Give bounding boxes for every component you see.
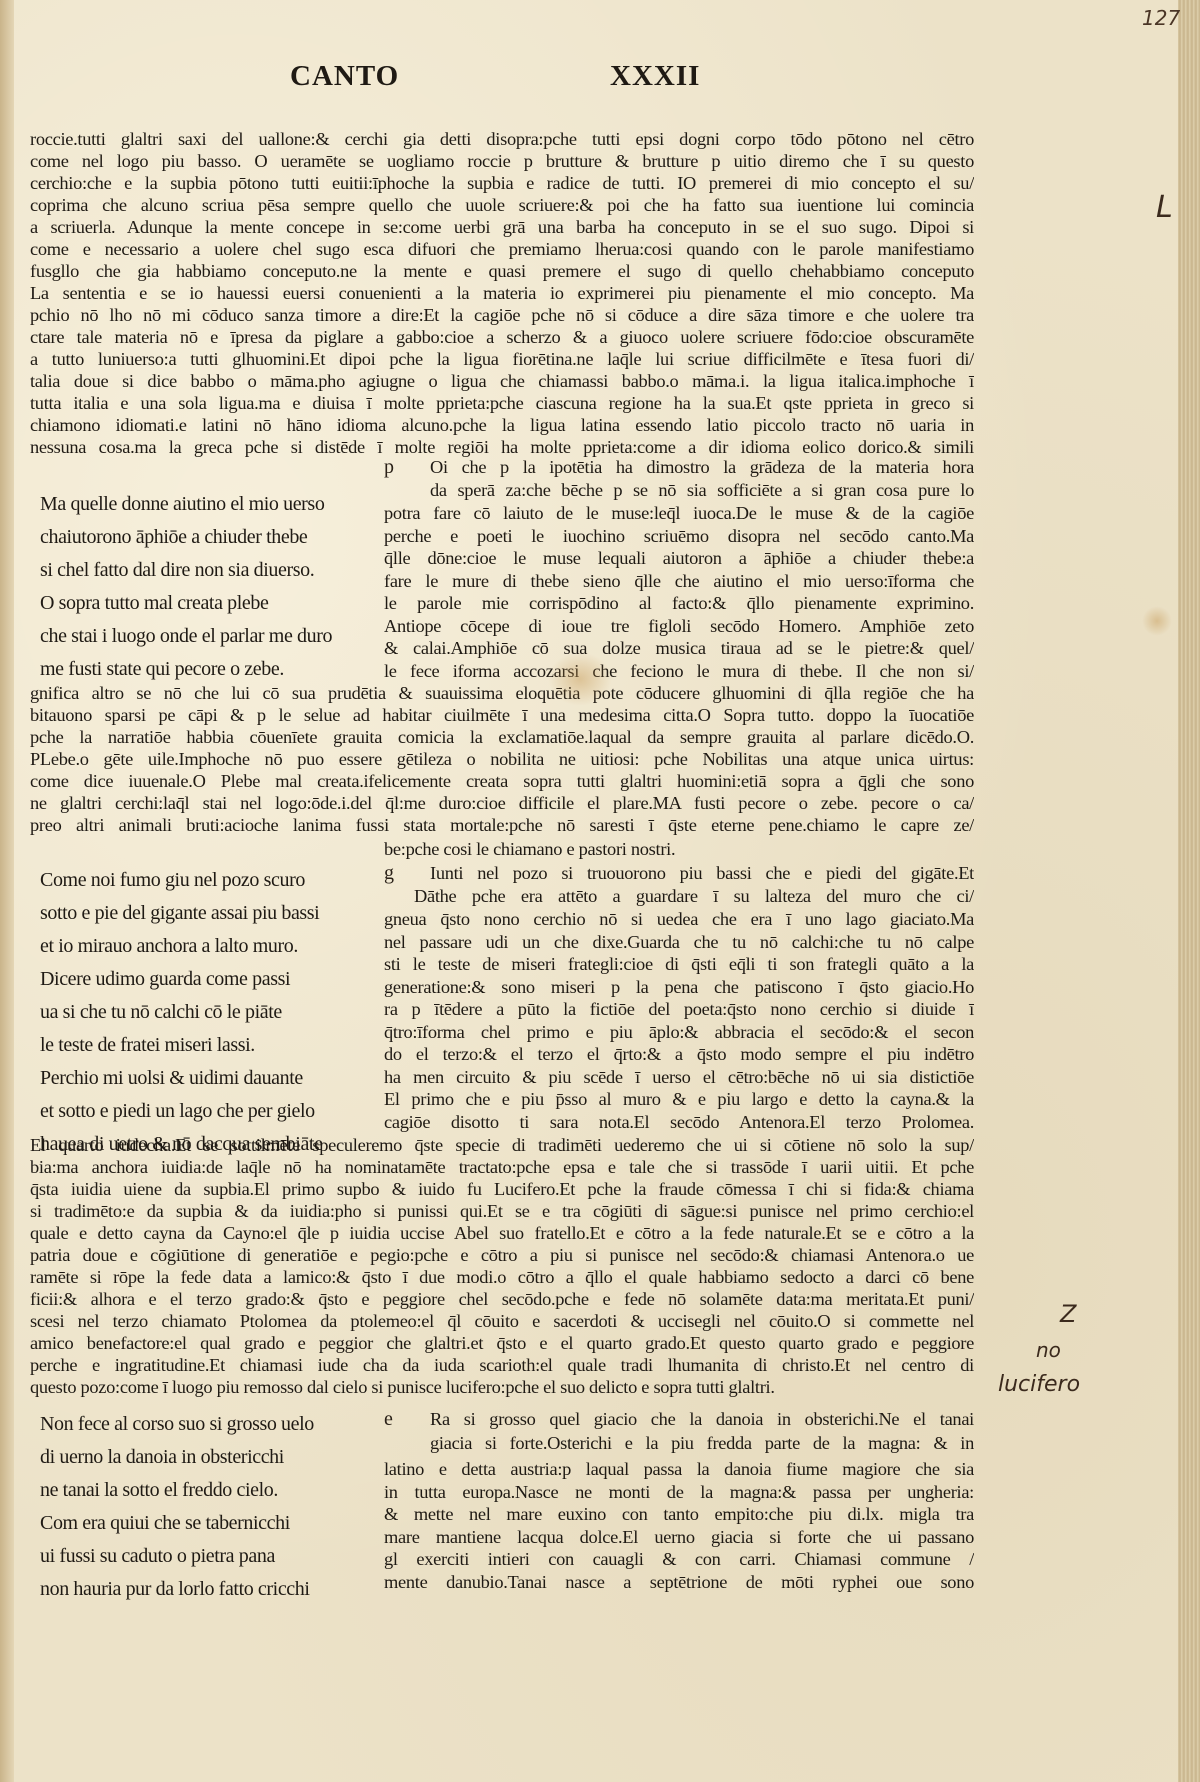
- text-line: da sperā za:che bēche p se nō sia soffic…: [430, 479, 974, 502]
- text-line: gl exerciti intieri con cauagli & con ca…: [384, 1548, 974, 1571]
- text-line: gnifica altro se nō che lui cō sua prudē…: [30, 682, 974, 704]
- commentary-block-section-2: gneua q̄sto nono cerchio nō si uedea che…: [384, 908, 974, 1133]
- text-line: si tradimēto:e da supbia & da iuidia:pho…: [30, 1200, 974, 1222]
- text-line: a scriuerla. Adunque la mente concepe in…: [30, 216, 974, 238]
- text-line: bitauono sparsi pe cāpi & p le selue ad …: [30, 704, 974, 726]
- text-line: fusgllo che gia habbiamo conceputo.ne la…: [30, 260, 974, 282]
- text-line: in tutta europa.Nasce ne monti de la mag…: [384, 1481, 974, 1504]
- commentary-first-line-1: Oi che p la ipotētia ha dimostro la grād…: [430, 456, 974, 479]
- marginal-mark: L: [1156, 190, 1173, 225]
- text-line: talia doue si dice babbo o māma.pho agiu…: [30, 370, 974, 392]
- text-line: ficii:& alhora e el terzo grado:& q̄sto …: [30, 1288, 974, 1310]
- text-line: come dice iuuenale.O Plebe mal creata.if…: [30, 770, 974, 792]
- text-line: ne glaltri cerchi:laq̄l stai nel logo:ōd…: [30, 792, 974, 814]
- text-line: sti le teste de miseri frategli:cioe di …: [384, 953, 974, 976]
- text-line: giacia si forte.Osterichi e la piu fredd…: [430, 1432, 974, 1455]
- verse-tercets-2: Come noi fumo giu nel pozo scuro sotto e…: [40, 864, 380, 1161]
- text-line: generatione:& sono miseri p la pena che …: [384, 976, 974, 999]
- text-line: Ra si grosso quel giacio che la danoia i…: [430, 1408, 974, 1431]
- text-line: La sententia e se io hauessi euersi conu…: [30, 282, 974, 304]
- text-line: Oi che p la ipotētia ha dimostro la grād…: [430, 456, 974, 479]
- text-line: a tutto luniuerso:a tutti glhuomini.Et d…: [30, 348, 974, 370]
- text-line: nessuna cosa.ma la greca pche si distēde…: [30, 436, 974, 458]
- text-line: chiamono idiomati.e latini nō hāno idiom…: [30, 414, 974, 436]
- text-line: do el terzo:& el terzo el q̄rto:& a q̄st…: [384, 1043, 974, 1066]
- foxing-stain: [548, 652, 612, 706]
- marginal-note-no: no: [1036, 1338, 1061, 1362]
- verse-line: di uerno la danoia in obstericchi: [40, 1441, 380, 1474]
- verse-line: et io mirauo anchora a lalto muro.: [40, 930, 380, 963]
- verse-line: ui fussi su caduto o pietra pana: [40, 1540, 380, 1573]
- text-line: q̄tro:īforma chel primo e piu āplo:& abb…: [384, 1021, 974, 1044]
- verse-line: ua si che tu nō calchi cō le piāte: [40, 996, 380, 1029]
- text-line: le fece iforma accozarsi che feciono le …: [384, 660, 974, 683]
- text-line: quale e detto cayna da Cayno:el q̄le p i…: [30, 1222, 974, 1244]
- verse-tercets-3: Non fece al corso suo si grosso uelo di …: [40, 1408, 380, 1606]
- text-line: le parole mie corrispōdino al facto:& q̄…: [384, 592, 974, 615]
- text-line: ra p ītēdere a pūto la fictiōe del poeta…: [384, 998, 974, 1021]
- commentary-block-1: roccie.tutti glaltri saxi del uallone:& …: [30, 128, 974, 458]
- text-line: preo altri animali bruti:acioche lanima …: [30, 814, 974, 836]
- text-line: questo pozo:come ī luogo piu remosso dal…: [30, 1376, 974, 1398]
- verse-line: non hauria pur da lorlo fatto cricchi: [40, 1573, 380, 1606]
- commentary-second-line-1: da sperā za:che bēche p se nō sia soffic…: [430, 479, 974, 502]
- marginal-note-lucifero: lucifero: [998, 1372, 1080, 1397]
- commentary-second-line-3: giacia si forte.Osterichi e la piu fredd…: [430, 1432, 974, 1455]
- text-line: El primo che e piu p̄sso al muro & e piu…: [384, 1088, 974, 1111]
- text-line: Dāthe pche era attēto a guardare ī su la…: [414, 885, 974, 908]
- verse-line: chaiutorono āphiōe a chiuder thebe: [40, 521, 380, 554]
- verse-line: O sopra tutto mal creata plebe: [40, 587, 380, 620]
- text-line: potra fare cō laiuto de le muse:leq̄l iu…: [384, 502, 974, 525]
- verse-line: che stai i luogo onde el parlar me duro: [40, 620, 380, 653]
- text-line: amico benefactore:el qual grado e peggio…: [30, 1332, 974, 1354]
- guide-letter: g: [384, 862, 394, 885]
- text-line: fare le mure di thebe sieno q̄lle che ai…: [384, 570, 974, 593]
- text-line: mare mantiene lacqua dolce.El uerno giac…: [384, 1526, 974, 1549]
- text-line: patria doue e cōgiūtione di generatiōe e…: [30, 1244, 974, 1266]
- text-line: mente danubio.Tanai nasce a septētrione …: [384, 1571, 974, 1594]
- text-line: nel passare udi un che dixe.Guarda che t…: [384, 931, 974, 954]
- text-line: Antiope cōcepe di ioue tre figloli secōd…: [384, 615, 974, 638]
- commentary-block-section-3: latino e detta austria:p laqual passa la…: [384, 1458, 974, 1593]
- running-head-canto: CANTO: [290, 60, 399, 93]
- text-line: ramēte si rōpe la fede data a lamico:& q…: [30, 1266, 974, 1288]
- verse-line: Come noi fumo giu nel pozo scuro: [40, 864, 380, 897]
- text-line: & mette nel mare euxino con tanto empito…: [384, 1503, 974, 1526]
- commentary-block-2: gnifica altro se nō che lui cō sua prudē…: [30, 682, 974, 836]
- text-line: latino e detta austria:p laqual passa la…: [384, 1458, 974, 1481]
- text-line: roccie.tutti glaltri saxi del uallone:& …: [30, 128, 974, 150]
- verse-line: si chel fatto dal dire non sia diuerso.: [40, 554, 380, 587]
- verse-line: et sotto e piedi un lago che per gielo: [40, 1095, 380, 1128]
- commentary-second-line-2: Dāthe pche era attēto a guardare ī su la…: [414, 885, 974, 908]
- text-line: cagiōe disotto ti sara nota.El secōdo An…: [384, 1111, 974, 1134]
- text-line: Iunti nel pozo si truouorono piu bassi c…: [430, 862, 974, 885]
- commentary-block-3: El quarto iudecha.Et se sottilmēte specu…: [30, 1134, 974, 1398]
- text-line: perche e ingratitudine.Et chiamasi iude …: [30, 1354, 974, 1376]
- marginal-note-symbol: Z: [1060, 1300, 1076, 1328]
- commentary-first-line-2: Iunti nel pozo si truouorono piu bassi c…: [430, 862, 974, 885]
- text-line: bia:ma anchora iuidia:de laq̄le nō ha no…: [30, 1156, 974, 1178]
- verse-line: ne tanai la sotto el freddo cielo.: [40, 1474, 380, 1507]
- guide-letter: e: [384, 1408, 393, 1431]
- verse-line: Ma quelle donne aiutino el mio uerso: [40, 488, 380, 521]
- verse-line: Non fece al corso suo si grosso uelo: [40, 1408, 380, 1441]
- text-line: ha men circuito & piu scēde ī uerso el c…: [384, 1066, 974, 1089]
- text-line: come e necessario a uolere chel sugo esc…: [30, 238, 974, 260]
- text-line: be:pche cosi le chiamano e pastori nostr…: [384, 838, 974, 861]
- text-line: q̄lle dōne:cioe le muse lequali aiutoron…: [384, 547, 974, 570]
- text-line: come nel logo piu basso. O ueramēte se u…: [30, 150, 974, 172]
- text-line: pchio nō lho nō mi cōduco sanza timore a…: [30, 304, 974, 326]
- text-line: PLebe.o gēte uile.Imphoche nō puo essere…: [30, 748, 974, 770]
- folio-number: 127: [1142, 6, 1180, 30]
- text-line: scesi nel terzo chiamato Ptolomea da pto…: [30, 1310, 974, 1332]
- verse-line: sotto e pie del gigante assai piu bassi: [40, 897, 380, 930]
- text-line: cerchio:che e la supbia pōtono tutti eui…: [30, 172, 974, 194]
- text-line: El quarto iudecha.Et se sottilmēte specu…: [30, 1134, 974, 1156]
- page-fore-edge: [1178, 0, 1200, 1782]
- commentary-first-line-3: Ra si grosso quel giacio che la danoia i…: [430, 1408, 974, 1431]
- text-line: perche e poeti le iuochino scriuēmo diso…: [384, 525, 974, 548]
- verse-line: Com era quiui che se tabernicchi: [40, 1507, 380, 1540]
- verse-line: le teste de fratei miseri lassi.: [40, 1029, 380, 1062]
- text-line: coprima che alcuno scriua pēsa sempre qu…: [30, 194, 974, 216]
- commentary-lead-line-2: be:pche cosi le chiamano e pastori nostr…: [384, 838, 974, 861]
- text-line: q̄sta iuidia uiene da supbia.El primo su…: [30, 1178, 974, 1200]
- verse-line: Perchio mi uolsi & uidimi dauante: [40, 1062, 380, 1095]
- commentary-block-section-1: potra fare cō laiuto de le muse:leq̄l iu…: [384, 502, 974, 682]
- verse-line: Dicere udimo guarda come passi: [40, 963, 380, 996]
- text-line: ctare tale materia nō e īpresa da piglar…: [30, 326, 974, 348]
- text-line: & calai.Amphiōe cō sua dolze musica tira…: [384, 637, 974, 660]
- text-line: gneua q̄sto nono cerchio nō si uedea che…: [384, 908, 974, 931]
- text-line: tutta italia e una sola ligua.ma e diuis…: [30, 392, 974, 414]
- running-head: CANTO XXXII: [0, 60, 1000, 100]
- guide-letter: p: [384, 456, 394, 479]
- running-head-number: XXXII: [610, 60, 700, 93]
- verse-tercets-1: Ma quelle donne aiutino el mio uerso cha…: [40, 488, 380, 686]
- foxing-stain: [1142, 606, 1172, 636]
- text-line: pche la narratiōe habbia cōuenīete graui…: [30, 726, 974, 748]
- page-gutter-edge: [0, 0, 14, 1782]
